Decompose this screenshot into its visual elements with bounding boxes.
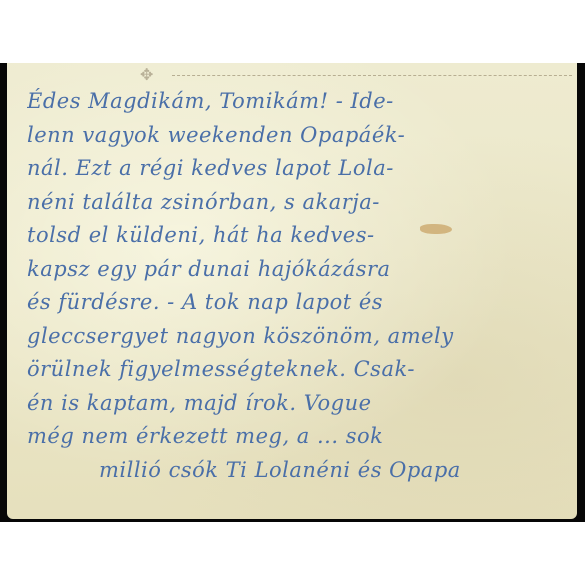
message-line: örülnek figyelmességteknek. Csak- — [27, 353, 572, 387]
message-line: még nem érkezett meg, a ... sok — [27, 420, 572, 454]
postcard-frame: ✥ Édes Magdikám, Tomikám! - Ide- lenn va… — [0, 63, 585, 522]
message-line: tolsd el küldeni, hát ha kedves- — [27, 219, 572, 253]
message-line: lenn vagyok weekenden Opapáék- — [27, 119, 572, 153]
message-line: kapsz egy pár dunai hajókázásra — [27, 253, 572, 287]
fleur-ornament-icon: ✥ — [140, 67, 156, 83]
handwritten-message: Édes Magdikám, Tomikám! - Ide- lenn vagy… — [27, 85, 572, 487]
postcard: ✥ Édes Magdikám, Tomikám! - Ide- lenn va… — [7, 63, 577, 519]
signature-line: millió csók Ti Lolanéni és Opapa — [27, 454, 572, 488]
message-line: néni találta zsinórban, s akarja- — [27, 186, 572, 220]
message-line: gleccsergyet nagyon köszönöm, amely — [27, 320, 572, 354]
message-line: és fürdésre. - A tok nap lapot és — [27, 286, 572, 320]
message-line: nál. Ezt a régi kedves lapot Lola- — [27, 152, 572, 186]
message-line: Édes Magdikám, Tomikám! - Ide- — [27, 85, 572, 119]
printed-address-line — [172, 75, 572, 76]
message-line: én is kaptam, majd írok. Vogue — [27, 387, 572, 421]
